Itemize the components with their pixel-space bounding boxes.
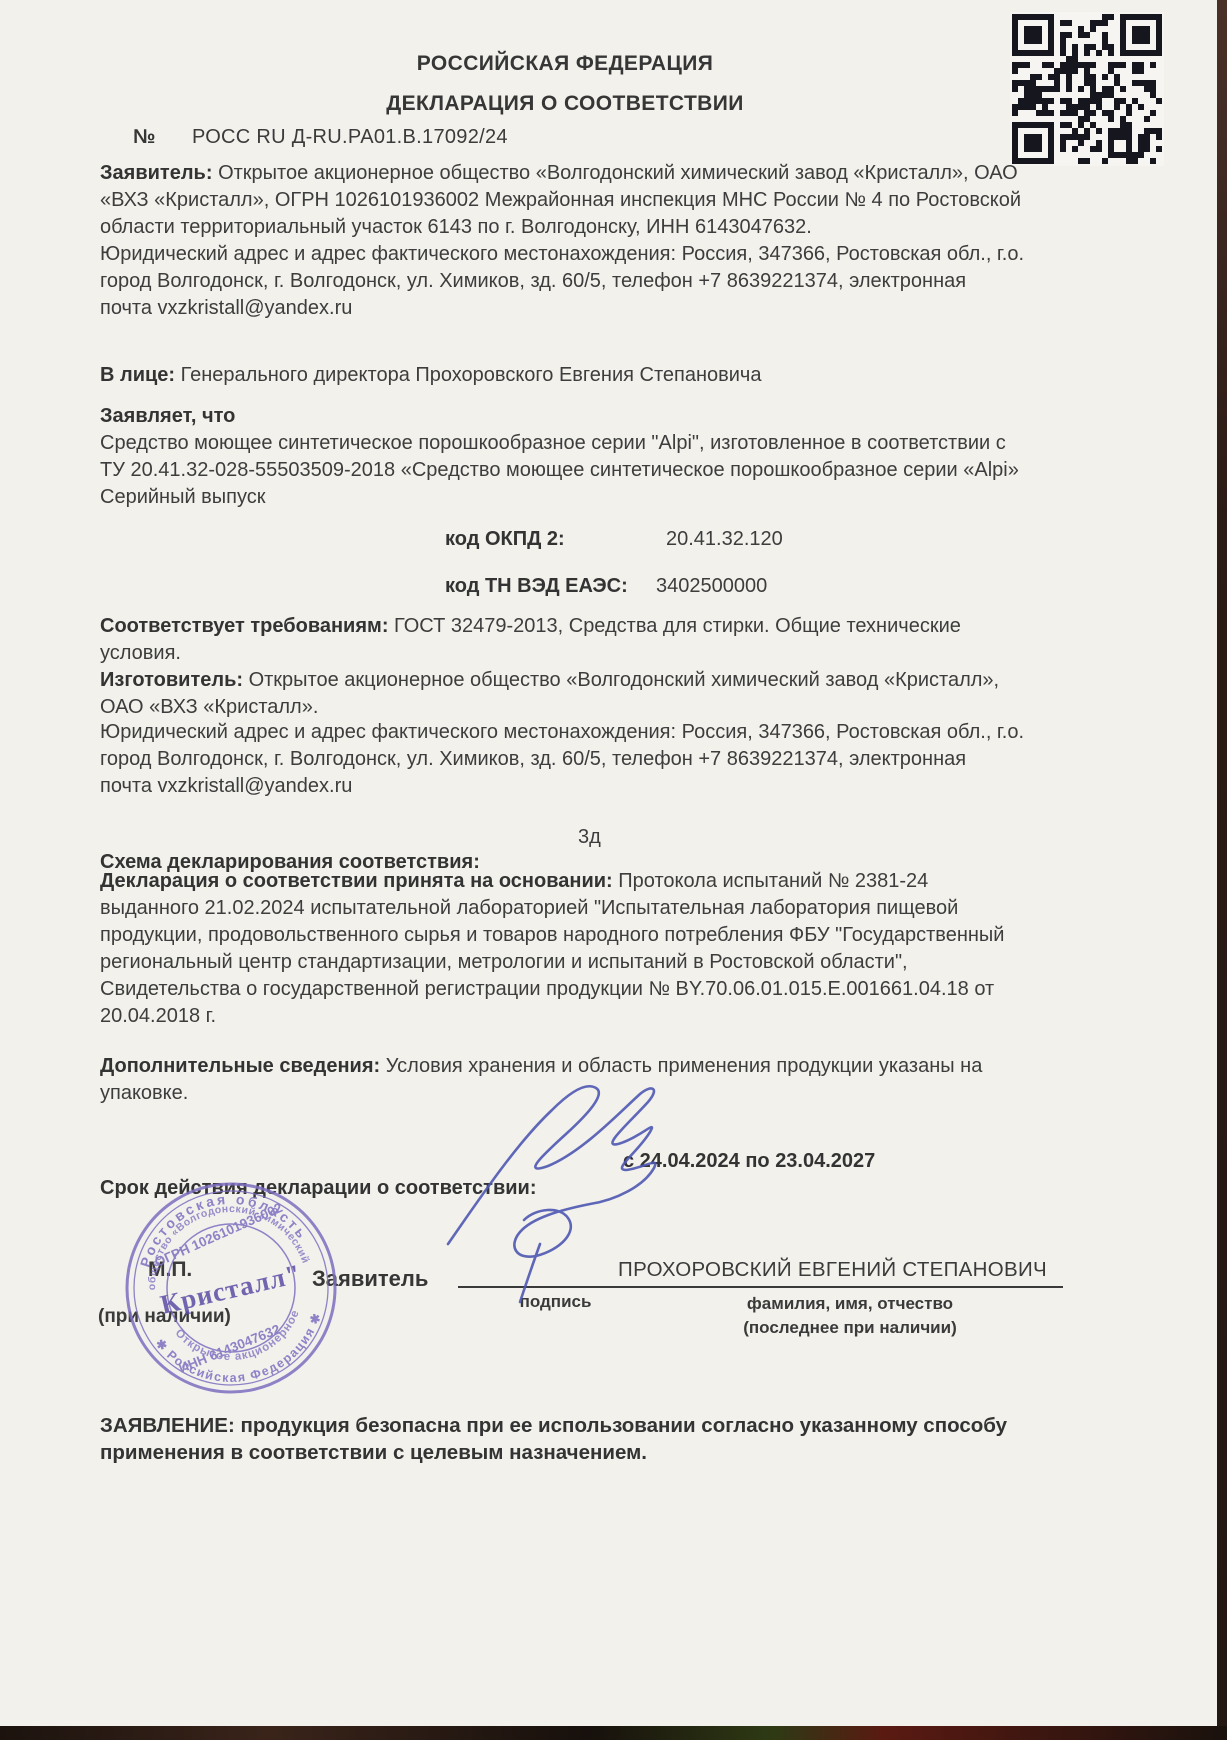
applicant-label: Заявитель: xyxy=(100,162,213,184)
validity-value: с 24.04.2024 по 23.04.2027 xyxy=(623,1148,875,1175)
name-line xyxy=(638,1286,1063,1288)
tnved-value: 3402500000 xyxy=(656,575,767,598)
compliance-label: Соответствует требованиям: xyxy=(100,615,388,637)
manufacturer-address: Юридический адрес и адрес фактического м… xyxy=(100,719,1170,800)
declaration-number-label: № xyxy=(133,126,155,149)
statement-text: продукция безопасна при ее использовании… xyxy=(100,1414,1007,1464)
seal-mp-note: (при наличии) xyxy=(98,1306,231,1328)
seal-mp-label: М.П. xyxy=(148,1258,192,1282)
basis-text: Протокола испытаний № 2381-24 выданного … xyxy=(100,870,1004,1027)
declares-label: Заявляет, что xyxy=(100,403,1170,430)
okpd-value: 20.41.32.120 xyxy=(666,528,783,551)
in-person-text: Генерального директора Прохоровского Евг… xyxy=(181,364,762,386)
scan-edge-right xyxy=(1217,0,1227,1740)
in-person-paragraph: В лице: Генерального директора Прохоровс… xyxy=(100,362,1170,389)
declaration-number: РОСС RU Д-RU.РА01.В.17092/24 xyxy=(192,126,508,149)
scan-edge-bottom xyxy=(0,1726,1227,1740)
basis-paragraph: Декларация о соответствии принята на осн… xyxy=(100,868,1170,1030)
statement-label: ЗАЯВЛЕНИЕ: xyxy=(100,1414,235,1437)
scheme-value: 3д xyxy=(578,824,601,851)
validity-row: Срок действия декларации о соответствии:… xyxy=(100,1148,1170,1229)
applicant-role-label: Заявитель xyxy=(312,1266,428,1292)
name-caption-2: (последнее при наличии) xyxy=(640,1318,1060,1338)
applicant-paragraph: Заявитель: Открытое акционерное общество… xyxy=(100,160,1170,322)
applicant-text: Открытое акционерное общество «Волгодонс… xyxy=(100,162,1024,319)
signature-caption: подпись xyxy=(458,1292,653,1312)
manufacturer-paragraph: Изготовитель: Открытое акционерное общес… xyxy=(100,667,1170,721)
tnved-row: код ТН ВЭД ЕАЭС: 3402500000 xyxy=(100,575,1170,602)
manufacturer-label: Изготовитель: xyxy=(100,669,243,691)
name-caption-1: фамилия, имя, отчество xyxy=(640,1294,1060,1314)
signature-line xyxy=(458,1286,653,1288)
validity-label: Срок действия декларации о соответствии: xyxy=(100,1177,536,1199)
qr-code xyxy=(1010,12,1164,166)
statement-paragraph: ЗАЯВЛЕНИЕ: продукция безопасна при ее ис… xyxy=(100,1412,1170,1466)
okpd-label: код ОКПД 2: xyxy=(445,528,565,551)
header-title: ДЕКЛАРАЦИЯ О СООТВЕТСТВИИ xyxy=(100,92,1030,116)
additional-paragraph: Дополнительные сведения: Условия хранени… xyxy=(100,1053,1170,1107)
okpd-row: код ОКПД 2: 20.41.32.120 xyxy=(100,528,1170,555)
basis-label: Декларация о соответствии принята на осн… xyxy=(100,870,613,892)
declaration-document: РОССИЙСКАЯ ФЕДЕРАЦИЯ ДЕКЛАРАЦИЯ О СООТВЕ… xyxy=(0,0,1227,1740)
header-country: РОССИЙСКАЯ ФЕДЕРАЦИЯ xyxy=(100,52,1030,76)
in-person-label: В лице: xyxy=(100,364,175,386)
additional-label: Дополнительные сведения: xyxy=(100,1055,380,1077)
compliance-paragraph: Соответствует требованиям: ГОСТ 32479-20… xyxy=(100,613,1170,667)
stamp-inn-text: ИНН 6143047632 xyxy=(177,1322,283,1376)
tnved-label: код ТН ВЭД ЕАЭС: xyxy=(445,575,628,598)
product-description: Средство моющее синтетическое порошкообр… xyxy=(100,430,1170,511)
signatory-name: ПРОХОРОВСКИЙ ЕВГЕНИЙ СТЕПАНОВИЧ xyxy=(600,1258,1065,1282)
